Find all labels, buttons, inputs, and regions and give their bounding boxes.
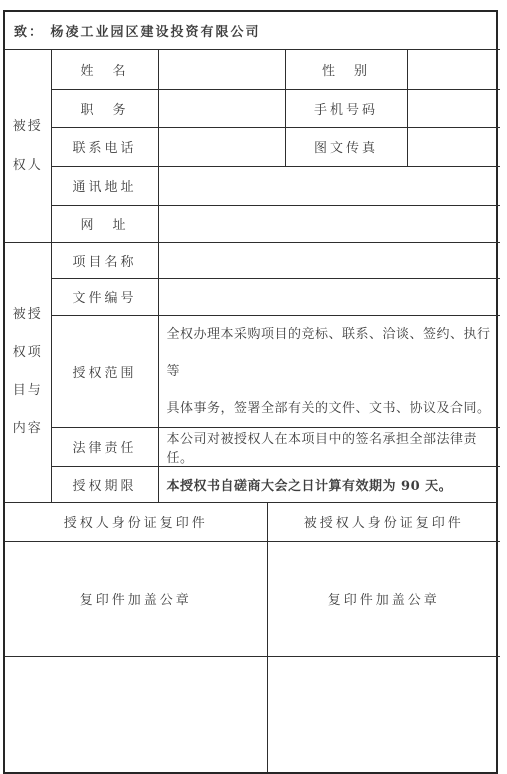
authorizer-id-copy-header: 授权人身份证复印件 [5,503,267,541]
scope-text: 全权办理本采购项目的竞标、联系、洽谈、签约、执行等 具体事务，签署全部有关的文件… [158,315,500,427]
form-table-top: 致： 杨凌工业园区建设投资有限公司 被授 权人 姓 名 性 别 职 务 手机号码… [5,12,500,502]
section-label-project-content: 被授 权项 目与 内容 [5,242,51,502]
label-project-name: 项目名称 [51,242,158,278]
label-title: 职 务 [51,89,158,127]
label-scope: 授权范围 [51,315,158,427]
form-table-id-copies: 授权人身份证复印件 被授权人身份证复印件 复印件加盖公章 复印件加盖公章 [5,503,500,772]
value-title-cell [158,89,285,127]
section-label-authorized-person: 被授 权人 [5,49,51,242]
period-text: 本授权书自磋商大会之日计算有效期为 90 天。 [158,466,500,502]
value-phone-cell [158,127,285,166]
authorizer-stamp-note: 复印件加盖公章 [5,541,267,656]
label-period: 授权期限 [51,466,158,502]
value-doc-no-cell [158,278,500,315]
legal-text: 本公司对被授权人在本项目中的签名承担全部法律责任。 [158,427,500,466]
label-doc-no: 文件编号 [51,278,158,315]
label-fax: 图文传真 [285,127,407,166]
label-name: 姓 名 [51,49,158,89]
value-address-cell [158,166,500,205]
authorizer-id-blank-cell [5,656,267,772]
label-website: 网 址 [51,205,158,242]
authorized-person-id-copy-header: 被授权人身份证复印件 [267,503,500,541]
authorization-form: 致： 杨凌工业园区建设投资有限公司 被授 权人 姓 名 性 别 职 务 手机号码… [3,10,498,774]
authorized-person-id-blank-cell [267,656,500,772]
label-mobile: 手机号码 [285,89,407,127]
value-fax-cell [407,127,500,166]
value-mobile-cell [407,89,500,127]
value-gender-cell [407,49,500,89]
label-legal: 法律责任 [51,427,158,466]
label-address: 通讯地址 [51,166,158,205]
value-project-name-cell [158,242,500,278]
value-name-cell [158,49,285,89]
label-phone: 联系电话 [51,127,158,166]
to-line: 致： 杨凌工业园区建设投资有限公司 [5,12,500,49]
label-gender: 性 别 [285,49,407,89]
value-website-cell [158,205,500,242]
authorized-person-stamp-note: 复印件加盖公章 [267,541,500,656]
